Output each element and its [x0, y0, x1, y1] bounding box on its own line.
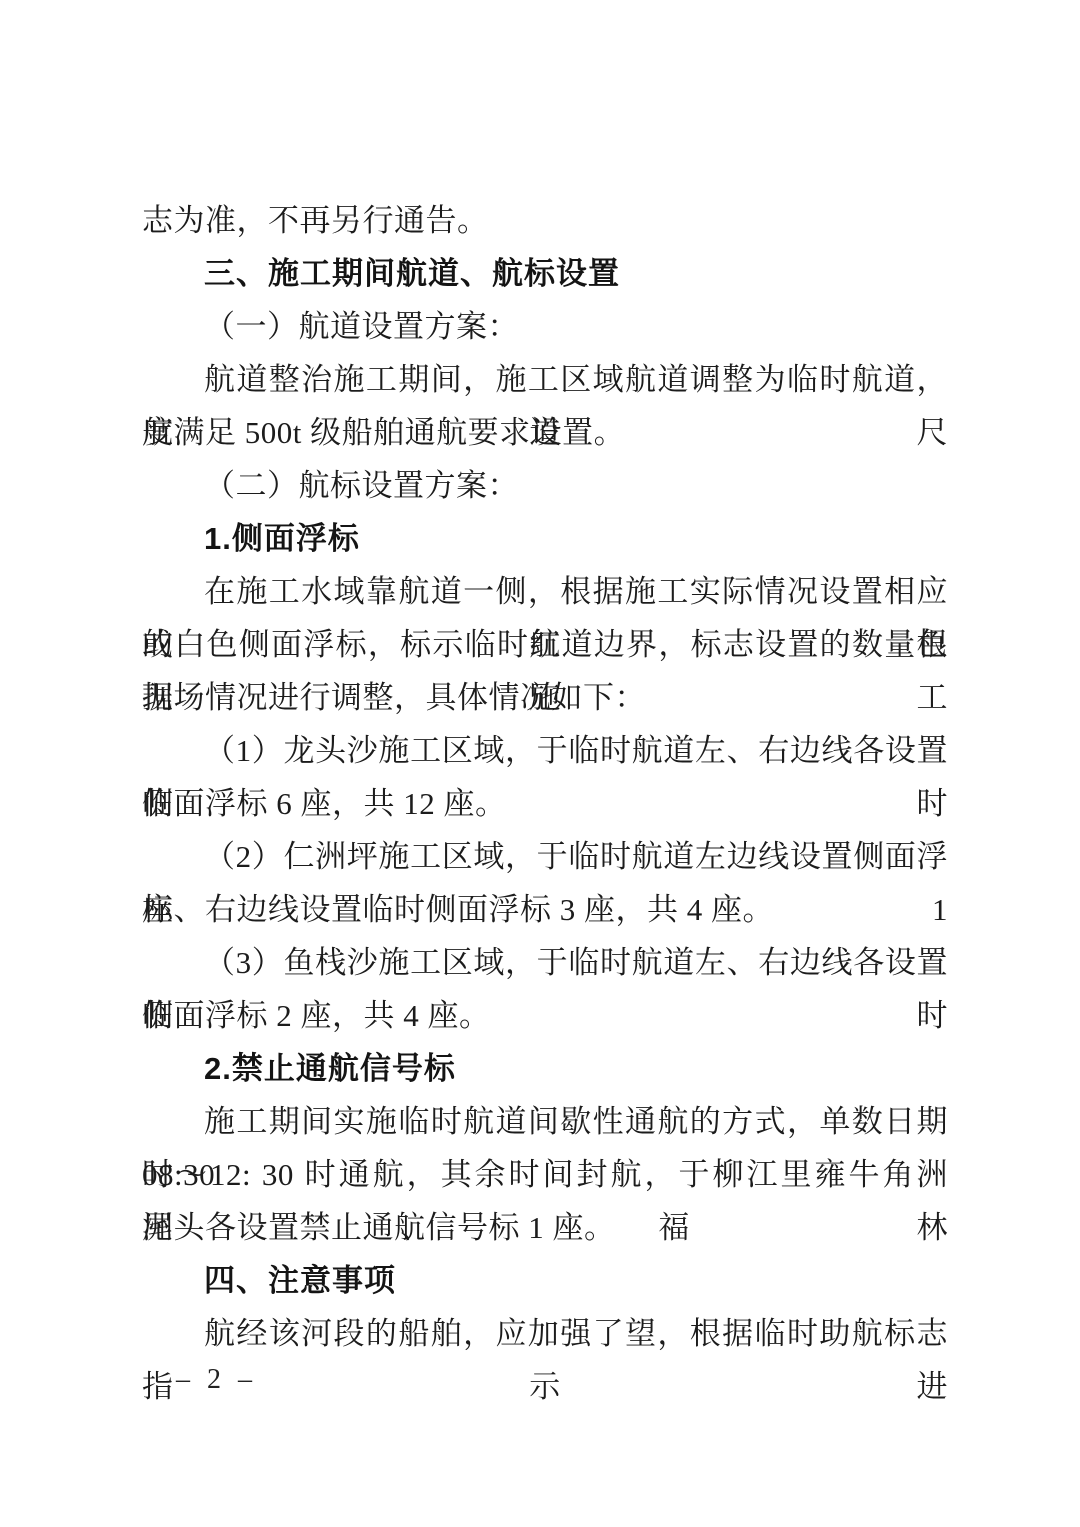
document-body: 志为准，不再另行通告。 三、施工期间航道、航标设置 （一）航道设置方案： 航道整…	[142, 194, 948, 1360]
para-lateral-buoy-line: 或白色侧面浮标，标示临时航道边界，标志设置的数量根据施工	[142, 618, 948, 671]
document-page: 志为准，不再另行通告。 三、施工期间航道、航标设置 （一）航道设置方案： 航道整…	[0, 0, 1080, 1527]
heading-construction-channel-marks: 三、施工期间航道、航标设置	[142, 247, 948, 300]
heading-notes: 四、注意事项	[142, 1254, 948, 1307]
continuation-line: 志为准，不再另行通告。	[142, 194, 948, 247]
sub-item-buoy-plan: （二）航标设置方案：	[142, 459, 948, 512]
para-ban-signal-line: 时～12: 30 时通航，其余时间封航，于柳江里雍牛角洲尾、福林	[142, 1148, 948, 1201]
para-notes-line: 航经该河段的船舶，应加强了望，根据临时助航标志指示进	[142, 1307, 948, 1360]
para-area-1-line: （1）龙头沙施工区域，于临时航道左、右边线各设置临时	[142, 724, 948, 777]
para-area-2-line: （2）仁洲坪施工区域，于临时航道左边线设置侧面浮标 1	[142, 830, 948, 883]
sub-item-channel-plan: （一）航道设置方案：	[142, 300, 948, 353]
page-number: – 2 –	[176, 1364, 257, 1396]
para-channel-plan-line: 航道整治施工期间，施工区域航道调整为临时航道，航道尺	[142, 353, 948, 406]
subheading-lateral-buoy: 1.侧面浮标	[142, 512, 948, 565]
para-ban-signal-line: 施工期间实施临时航道间歇性通航的方式，单数日期 08:30	[142, 1095, 948, 1148]
subheading-navigation-ban-signal: 2.禁止通航信号标	[142, 1042, 948, 1095]
para-lateral-buoy-line: 在施工水域靠航道一侧，根据施工实际情况设置相应的红色	[142, 565, 948, 618]
para-area-3-line: （3）鱼栈沙施工区域，于临时航道左、右边线各设置临时	[142, 936, 948, 989]
